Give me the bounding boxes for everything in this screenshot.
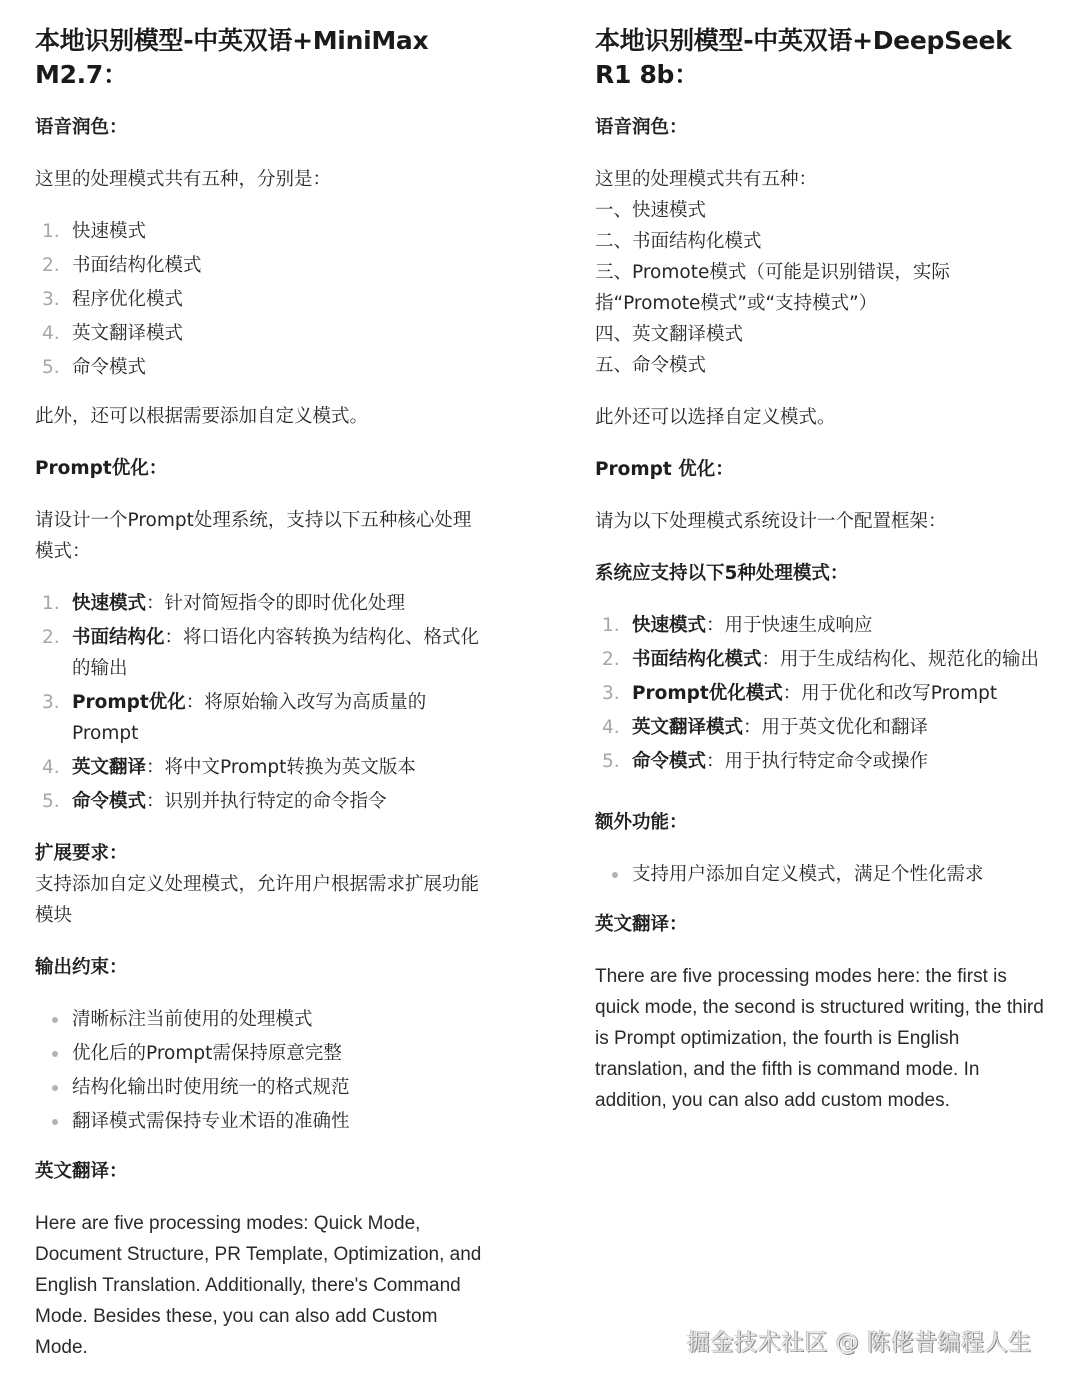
list-item: 4.英文翻译模式 (35, 318, 485, 349)
bullet-icon (612, 872, 618, 878)
list-item: 3.程序优化模式 (35, 284, 485, 315)
list-line: 四、英文翻译模式 (595, 319, 1045, 350)
list-item: 3.Prompt优化模式：用于优化和改写Prompt (595, 678, 1045, 709)
list-item: 翻译模式需保持专业术语的准确性 (35, 1106, 485, 1137)
left-column: 本地识别模型-中英双语+MiniMax M2.7： 语音润色： 这里的处理模式共… (35, 0, 485, 1363)
right-column: 本地识别模型-中英双语+DeepSeek R1 8b： 语音润色： 这里的处理模… (595, 0, 1045, 1116)
right-prompt-intro: 请为以下处理模式系统设计一个配置框架： (595, 506, 1045, 537)
list-item: 3.Prompt优化：将原始输入改写为高质量的Prompt (35, 687, 485, 749)
left-extension-text: 支持添加自定义处理模式，允许用户根据需求扩展功能模块 (35, 869, 485, 931)
bullet-icon (52, 1017, 58, 1023)
right-voice-polish-outro: 此外还可以选择自定义模式。 (595, 402, 1045, 433)
left-translation-text: Here are five processing modes: Quick Mo… (35, 1208, 485, 1363)
list-item: 优化后的Prompt需保持原意完整 (35, 1038, 485, 1069)
list-item: 1.快速模式：用于快速生成响应 (595, 610, 1045, 641)
watermark: 掘金技术社区 @ 陈佬昔编程人生 (687, 1327, 1032, 1359)
right-extra-list: 支持用户添加自定义模式，满足个性化需求 (595, 859, 1045, 890)
right-translation-heading: 英文翻译： (595, 909, 1045, 940)
list-line: 三、Promote模式（可能是识别错误，实际指“Promote模式”或“支持模式… (595, 257, 1015, 319)
list-item: 2.书面结构化模式：用于生成结构化、规范化的输出 (595, 644, 1045, 675)
list-item: 5.命令模式 (35, 352, 485, 383)
right-voice-polish-lines: 一、快速模式 二、书面结构化模式 三、Promote模式（可能是识别错误，实际指… (595, 195, 1045, 381)
list-item: 支持用户添加自定义模式，满足个性化需求 (595, 859, 1045, 890)
left-output-constraints-heading: 输出约束： (35, 952, 485, 983)
left-output-constraints-list: 清晰标注当前使用的处理模式 优化后的Prompt需保持原意完整 结构化输出时使用… (35, 1004, 485, 1137)
left-prompt-intro: 请设计一个Prompt处理系统，支持以下五种核心处理模式： (35, 505, 485, 567)
left-translation-heading: 英文翻译： (35, 1156, 485, 1187)
bullet-icon (52, 1051, 58, 1057)
list-line: 二、书面结构化模式 (595, 226, 1045, 257)
right-title: 本地识别模型-中英双语+DeepSeek R1 8b： (595, 24, 1045, 92)
list-item: 2.书面结构化：将口语化内容转换为结构化、格式化的输出 (35, 622, 485, 684)
left-prompt-list: 1.快速模式：针对简短指令的即时优化处理 2.书面结构化：将口语化内容转换为结构… (35, 588, 485, 817)
list-line: 一、快速模式 (595, 195, 1045, 226)
list-item: 2.书面结构化模式 (35, 250, 485, 281)
right-prompt-heading: Prompt 优化： (595, 454, 1045, 485)
list-item: 1.快速模式 (35, 216, 485, 247)
right-prompt-subheading: 系统应支持以下5种处理模式： (595, 558, 1045, 589)
left-voice-polish-list: 1.快速模式 2.书面结构化模式 3.程序优化模式 4.英文翻译模式 5.命令模… (35, 216, 485, 383)
list-item: 5.命令模式：用于执行特定命令或操作 (595, 746, 1045, 777)
left-title: 本地识别模型-中英双语+MiniMax M2.7： (35, 24, 485, 92)
left-prompt-heading: Prompt优化： (35, 453, 485, 484)
left-voice-polish-heading: 语音润色： (35, 112, 485, 143)
left-voice-polish-intro: 这里的处理模式共有五种，分别是： (35, 164, 485, 195)
left-voice-polish-outro: 此外，还可以根据需要添加自定义模式。 (35, 401, 485, 432)
list-item: 1.快速模式：针对简短指令的即时优化处理 (35, 588, 485, 619)
right-voice-polish-intro: 这里的处理模式共有五种： (595, 164, 1045, 195)
list-item: 清晰标注当前使用的处理模式 (35, 1004, 485, 1035)
left-extension-heading: 扩展要求： (35, 838, 485, 869)
right-translation-text: There are five processing modes here: th… (595, 961, 1045, 1116)
bullet-icon (52, 1119, 58, 1125)
right-prompt-list: 1.快速模式：用于快速生成响应 2.书面结构化模式：用于生成结构化、规范化的输出… (595, 610, 1045, 777)
list-line: 五、命令模式 (595, 350, 1045, 381)
bullet-icon (52, 1085, 58, 1091)
right-voice-polish-heading: 语音润色： (595, 112, 1045, 143)
list-item: 4.英文翻译模式：用于英文优化和翻译 (595, 712, 1045, 743)
list-item: 结构化输出时使用统一的格式规范 (35, 1072, 485, 1103)
list-item: 4.英文翻译：将中文Prompt转换为英文版本 (35, 752, 485, 783)
list-item: 5.命令模式：识别并执行特定的命令指令 (35, 786, 485, 817)
right-extra-heading: 额外功能： (595, 807, 1045, 838)
